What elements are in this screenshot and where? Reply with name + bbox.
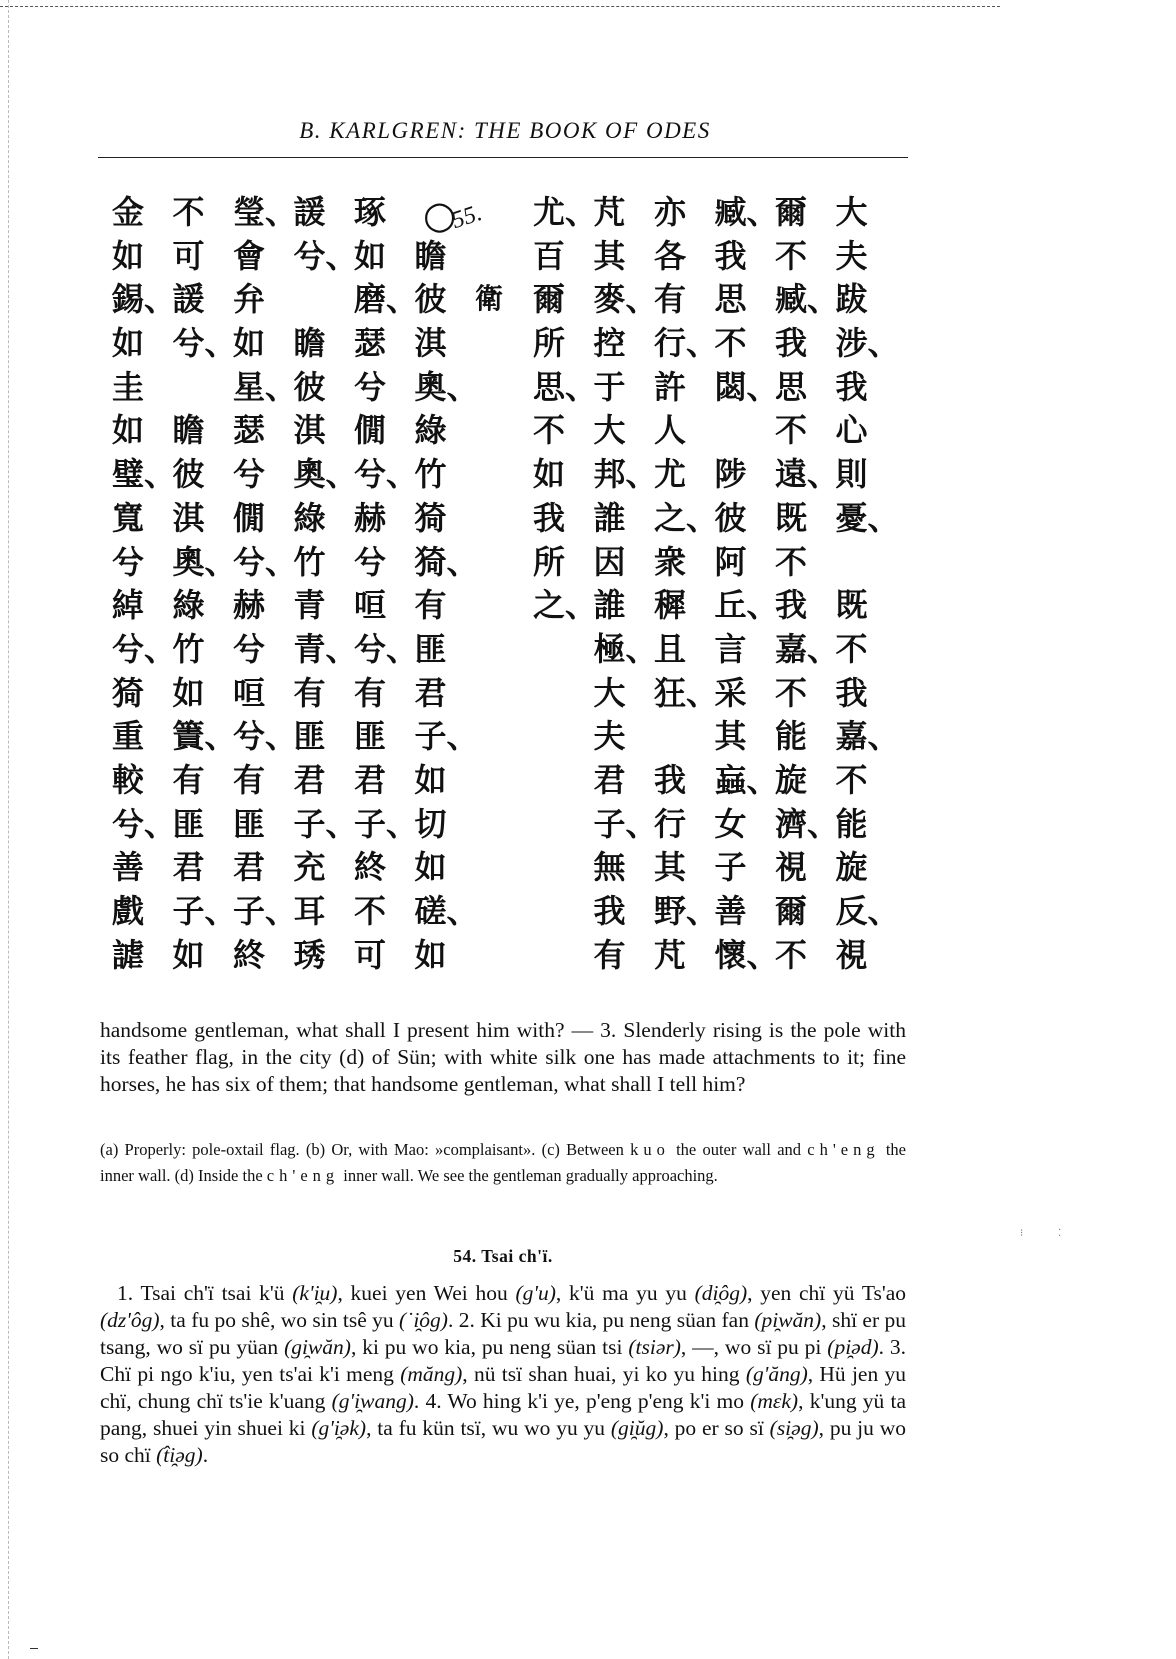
- chinese-char-cell: 能: [836, 804, 897, 848]
- reconstruction-italic: (tsiər): [628, 1335, 681, 1359]
- chinese-char-cell: [475, 585, 533, 629]
- chinese-char-cell: 猗: [415, 498, 476, 542]
- chinese-char-cell: 大: [836, 192, 897, 236]
- chinese-char-cell: 不: [715, 323, 776, 367]
- scan-edge-top: [0, 6, 1000, 7]
- reconstruction-italic: (pi̯wăn): [754, 1308, 821, 1332]
- chinese-char-cell: 綠: [173, 585, 234, 629]
- chinese-char-cell: 我: [594, 891, 655, 935]
- reconstruction-italic: (k'i̯u): [292, 1281, 337, 1305]
- chinese-char-cell: 有: [173, 760, 234, 804]
- chinese-char-cell: 如: [415, 935, 476, 979]
- chinese-char-cell: 則: [836, 454, 897, 498]
- chinese-char-cell: 衆: [654, 542, 715, 586]
- footnotes: (a) Properly: pole-oxtail flag. (b) Or, …: [100, 1137, 906, 1189]
- chinese-char-cell: 僩: [354, 410, 415, 454]
- translation-paragraph: handsome gentleman, what shall I present…: [100, 1017, 906, 1098]
- chinese-char-cell: 匪: [415, 629, 476, 673]
- chinese-char-cell: 百: [533, 236, 594, 280]
- note-term-kuo: kuo: [630, 1140, 670, 1159]
- chinese-char-cell: [475, 454, 533, 498]
- chinese-char-cell: 諼: [173, 279, 234, 323]
- chinese-char-cell: [475, 847, 533, 891]
- chinese-char-cell: 戲: [112, 891, 173, 935]
- chinese-char-cell: 較: [112, 760, 173, 804]
- chinese-char-cell: 如: [533, 454, 594, 498]
- chinese-char-cell: 懷、: [715, 935, 776, 979]
- note-term-cheng: ch'eng: [807, 1140, 879, 1159]
- chinese-char-cell: 丘、: [715, 585, 776, 629]
- chinese-char-cell: 不: [354, 891, 415, 935]
- transcription-text: 1. Tsai ch'ï tsai k'ü: [117, 1281, 292, 1305]
- chinese-char-cell: 其: [654, 847, 715, 891]
- chinese-char-cell: 璧、: [112, 454, 173, 498]
- chinese-char-cell: 兮: [233, 629, 294, 673]
- header-rule: [98, 157, 908, 158]
- margin-speck: ⁚: [1058, 1228, 1061, 1239]
- chinese-char-cell: 不: [533, 410, 594, 454]
- chinese-char-cell: 能: [775, 716, 836, 760]
- chinese-char-cell: 如: [112, 236, 173, 280]
- chinese-char-cell: 大: [594, 673, 655, 717]
- chinese-char-cell: 竹: [294, 542, 355, 586]
- chinese-char-cell: [475, 716, 533, 760]
- chinese-char-cell: 子、: [173, 891, 234, 935]
- chinese-char-cell: 兮、: [112, 629, 173, 673]
- chinese-text-grid: 金不瑩、諼琢尤、芃亦臧、爾大如可會兮、如瞻百其各我不夫錫、諼弁磨、彼衛爾麥、有思…: [112, 192, 896, 978]
- chinese-char-cell: 如: [173, 935, 234, 979]
- chinese-char-cell: [715, 410, 776, 454]
- chinese-char-cell: 竹: [415, 454, 476, 498]
- chinese-char-cell: 如: [112, 323, 173, 367]
- chinese-char-cell: 芃: [594, 192, 655, 236]
- chinese-char-cell: 如: [415, 847, 476, 891]
- chinese-char-cell: 終: [233, 935, 294, 979]
- scan-mark: [30, 1648, 38, 1649]
- reconstruction-italic: (g'ăng): [746, 1362, 808, 1386]
- chinese-char-cell: 兮: [233, 454, 294, 498]
- chinese-char-cell: 兮、: [233, 716, 294, 760]
- chinese-char-cell: [533, 891, 594, 935]
- chinese-char-cell: 綽: [112, 585, 173, 629]
- chinese-char-cell: 憂、: [836, 498, 897, 542]
- chinese-char-cell: 奧、: [294, 454, 355, 498]
- chinese-char-cell: 可: [354, 935, 415, 979]
- chinese-char-cell: 不: [775, 935, 836, 979]
- chinese-char-cell: 誰: [594, 585, 655, 629]
- chinese-char-cell: 君: [594, 760, 655, 804]
- chinese-char-cell: 瞻: [173, 410, 234, 454]
- chinese-char-cell: 不: [775, 236, 836, 280]
- chinese-char-cell: [294, 279, 355, 323]
- chinese-char-cell: 誰: [594, 498, 655, 542]
- chinese-char-cell: 圭: [112, 367, 173, 411]
- chinese-char-cell: [475, 236, 533, 280]
- chinese-char-cell: 會: [233, 236, 294, 280]
- chinese-char-cell: 野、: [654, 891, 715, 935]
- section-title: 54. Tsai ch'ï.: [100, 1246, 906, 1267]
- reconstruction-italic: (mɛk): [750, 1389, 798, 1413]
- chinese-char-cell: 匪: [173, 804, 234, 848]
- chinese-char-cell: 無: [594, 847, 655, 891]
- chinese-char-cell: 衛: [475, 279, 533, 323]
- reconstruction-italic: (˙i̯ôg): [399, 1308, 448, 1332]
- chinese-char-cell: [475, 804, 533, 848]
- chinese-char-cell: [533, 673, 594, 717]
- chinese-char-cell: 青、: [294, 629, 355, 673]
- chinese-char-cell: 兮: [354, 542, 415, 586]
- chinese-char-cell: 蝱、: [715, 760, 776, 804]
- chinese-char-cell: [533, 716, 594, 760]
- chinese-char-cell: 我: [836, 367, 897, 411]
- chinese-char-cell: 子、: [354, 804, 415, 848]
- chinese-char-cell: 各: [654, 236, 715, 280]
- chinese-char-cell: 琢: [354, 192, 415, 236]
- chinese-char-cell: 子、: [415, 716, 476, 760]
- chinese-char-cell: 亦: [654, 192, 715, 236]
- chinese-char-cell: [533, 629, 594, 673]
- chinese-char-cell: 有: [594, 935, 655, 979]
- transcription-text: , ki pu wo kia, pu neng süan tsi: [351, 1335, 628, 1359]
- chinese-char-cell: 夫: [836, 236, 897, 280]
- chinese-char-cell: 弁: [233, 279, 294, 323]
- chinese-char-cell: 兮、: [112, 804, 173, 848]
- transcription-text: . 4. Wo hing k'i ye, p'eng p'eng k'i mo: [414, 1389, 750, 1413]
- chinese-char-cell: 綠: [415, 410, 476, 454]
- chinese-char-cell: 我: [533, 498, 594, 542]
- chinese-char-cell: 爾: [775, 192, 836, 236]
- chinese-char-cell: 狂、: [654, 673, 715, 717]
- chinese-char-cell: [533, 804, 594, 848]
- chinese-char-cell: 兮、: [354, 454, 415, 498]
- reconstruction-italic: (măng): [400, 1362, 462, 1386]
- reconstruction-italic: (gi̯ŭg): [611, 1416, 664, 1440]
- scan-edge-left: [8, 0, 9, 1659]
- chinese-char-cell: [533, 760, 594, 804]
- margin-speck: ⁝: [1020, 1228, 1023, 1239]
- chinese-char-cell: 竹: [173, 629, 234, 673]
- chinese-char-cell: 所: [533, 323, 594, 367]
- chinese-char-cell: 旋: [775, 760, 836, 804]
- chinese-char-cell: 采: [715, 673, 776, 717]
- chinese-char-cell: [533, 935, 594, 979]
- chinese-char-cell: 彼: [715, 498, 776, 542]
- chinese-char-cell: 奧、: [415, 367, 476, 411]
- reconstruction-italic: (pi̯əd): [827, 1335, 878, 1359]
- chinese-char-cell: 跋: [836, 279, 897, 323]
- chinese-char-cell: 彼: [415, 279, 476, 323]
- chinese-char-cell: 咺: [354, 585, 415, 629]
- chinese-char-cell: 赫: [233, 585, 294, 629]
- chinese-char-cell: 穉: [654, 585, 715, 629]
- chinese-char-cell: 行、: [654, 323, 715, 367]
- chinese-char-cell: 其: [715, 716, 776, 760]
- chinese-char-cell: 彼: [173, 454, 234, 498]
- chinese-char-cell: 大: [594, 410, 655, 454]
- note-text: inner wall. We see the gentleman gradual…: [339, 1166, 718, 1185]
- chinese-char-cell: 君: [233, 847, 294, 891]
- chinese-char-cell: 阿: [715, 542, 776, 586]
- reconstruction-italic: (si̯əg): [770, 1416, 819, 1440]
- chinese-char-cell: 瑟: [354, 323, 415, 367]
- chinese-char-cell: [475, 935, 533, 979]
- chinese-char-cell: 如: [112, 410, 173, 454]
- transcription-text: . 2. Ki pu wu kia, pu neng süan fan: [448, 1308, 754, 1332]
- chinese-char-cell: 爾: [775, 891, 836, 935]
- chinese-char-cell: 君: [415, 673, 476, 717]
- chinese-char-cell: 不: [775, 673, 836, 717]
- chinese-char-cell: [836, 542, 897, 586]
- chinese-char-cell: 嘉、: [836, 716, 897, 760]
- chinese-char-cell: 子、: [233, 891, 294, 935]
- reconstruction-italic: (gi̯wăn): [284, 1335, 351, 1359]
- chinese-char-cell: 許: [654, 367, 715, 411]
- chinese-char-cell: 不: [836, 760, 897, 804]
- chinese-char-cell: 諼: [294, 192, 355, 236]
- chinese-char-cell: 兮、: [173, 323, 234, 367]
- chinese-char-cell: 控: [594, 323, 655, 367]
- chinese-char-cell: 有: [354, 673, 415, 717]
- chinese-char-cell: 不: [836, 629, 897, 673]
- chinese-char-cell: 金: [112, 192, 173, 236]
- running-head: B. KARLGREN: THE BOOK OF ODES: [100, 118, 910, 144]
- reconstruction-italic: (g'i̯ək): [311, 1416, 366, 1440]
- chinese-char-cell: 閟、: [715, 367, 776, 411]
- chinese-char-cell: 既: [775, 498, 836, 542]
- chinese-char-cell: 謔: [112, 935, 173, 979]
- chinese-char-cell: 我: [715, 236, 776, 280]
- chinese-char-cell: 所: [533, 542, 594, 586]
- chinese-char-cell: 不: [775, 542, 836, 586]
- chinese-char-cell: 僩: [233, 498, 294, 542]
- chinese-char-cell: 有: [233, 760, 294, 804]
- transcription-text: , nü tsï shan huai, yi ko yu hing: [462, 1362, 746, 1386]
- chinese-char-cell: 瑩、: [233, 192, 294, 236]
- chinese-char-cell: 臧、: [775, 279, 836, 323]
- chinese-char-cell: 兮、: [233, 542, 294, 586]
- chinese-char-cell: 之、: [654, 498, 715, 542]
- chinese-char-cell: 有: [294, 673, 355, 717]
- note-term-cheng: ch'eng: [267, 1166, 339, 1185]
- chinese-char-cell: 因: [594, 542, 655, 586]
- chinese-char-cell: 琇: [294, 935, 355, 979]
- chinese-char-cell: [475, 760, 533, 804]
- chinese-char-cell: 濟、: [775, 804, 836, 848]
- chinese-char-cell: 遠、: [775, 454, 836, 498]
- chinese-char-cell: [475, 629, 533, 673]
- chinese-char-cell: 終: [354, 847, 415, 891]
- chinese-char-cell: 君: [354, 760, 415, 804]
- chinese-char-cell: [173, 367, 234, 411]
- chinese-char-cell: 錫、: [112, 279, 173, 323]
- chinese-char-cell: [475, 891, 533, 935]
- chinese-char-cell: 且: [654, 629, 715, 673]
- chinese-char-cell: 青: [294, 585, 355, 629]
- chinese-char-cell: 我: [836, 673, 897, 717]
- chinese-char-cell: 言: [715, 629, 776, 673]
- chinese-char-cell: 視: [836, 935, 897, 979]
- transcription-text: , yen chï yü Ts'ao: [747, 1281, 906, 1305]
- chinese-char-cell: 重: [112, 716, 173, 760]
- chinese-char-cell: 兮、: [294, 236, 355, 280]
- chinese-char-cell: 善: [112, 847, 173, 891]
- chinese-char-cell: 猗: [112, 673, 173, 717]
- chinese-char-cell: [475, 410, 533, 454]
- chinese-char-cell: 如: [415, 760, 476, 804]
- chinese-char-cell: 磨、: [354, 279, 415, 323]
- chinese-char-cell: 寬: [112, 498, 173, 542]
- chinese-char-cell: 既: [836, 585, 897, 629]
- transcription-text: , —, wo sï pu pi: [681, 1335, 827, 1359]
- chinese-char-cell: 綠: [294, 498, 355, 542]
- chinese-char-cell: 子、: [294, 804, 355, 848]
- chinese-char-cell: 其: [594, 236, 655, 280]
- chinese-char-cell: [654, 716, 715, 760]
- transcription-text: , k'ü ma yu yu: [556, 1281, 695, 1305]
- chinese-char-cell: 邦、: [594, 454, 655, 498]
- chinese-char-cell: 我: [775, 585, 836, 629]
- chinese-char-cell: 旋: [836, 847, 897, 891]
- chinese-char-cell: 芃: [654, 935, 715, 979]
- chinese-char-cell: 兮、: [354, 629, 415, 673]
- transcription-text: , kuei yen Wei hou: [337, 1281, 515, 1305]
- chinese-char-cell: 反、: [836, 891, 897, 935]
- chinese-char-cell: [475, 498, 533, 542]
- chinese-char-cell: 淇: [415, 323, 476, 367]
- chinese-char-cell: 子: [715, 847, 776, 891]
- chinese-char-cell: 淇: [294, 410, 355, 454]
- chinese-char-cell: 行: [654, 804, 715, 848]
- chinese-char-cell: 充: [294, 847, 355, 891]
- note-text: the outer wall and: [670, 1140, 807, 1159]
- chinese-char-cell: 瑟: [233, 410, 294, 454]
- chinese-char-cell: 思: [775, 367, 836, 411]
- chinese-char-cell: 女: [715, 804, 776, 848]
- chinese-char-cell: 君: [173, 847, 234, 891]
- chinese-char-cell: 瞻: [294, 323, 355, 367]
- chinese-char-cell: 如: [354, 236, 415, 280]
- chinese-char-cell: 匪: [354, 716, 415, 760]
- transcription-text: , ta fu po shê, wo sin tsê yu: [160, 1308, 399, 1332]
- chinese-char-cell: 麥、: [594, 279, 655, 323]
- chinese-char-cell: 我: [654, 760, 715, 804]
- chinese-char-cell: 善: [715, 891, 776, 935]
- chinese-char-cell: 不: [173, 192, 234, 236]
- chinese-char-cell: 君: [294, 760, 355, 804]
- chinese-char-cell: 星、: [233, 367, 294, 411]
- chinese-char-cell: 彼: [294, 367, 355, 411]
- chinese-char-cell: 如: [233, 323, 294, 367]
- reconstruction-italic: (t̂i̯əg): [156, 1443, 203, 1467]
- chinese-char-cell: 陟: [715, 454, 776, 498]
- chinese-char-cell: 咺: [233, 673, 294, 717]
- chinese-char-cell: 嘉、: [775, 629, 836, 673]
- chinese-char-cell: 奧、: [173, 542, 234, 586]
- chinese-char-cell: 赫: [354, 498, 415, 542]
- chinese-char-cell: 如: [173, 673, 234, 717]
- transcription-text: .: [203, 1443, 208, 1467]
- reconstruction-italic: (di̯ôg): [695, 1281, 748, 1305]
- chinese-char-cell: 臧、: [715, 192, 776, 236]
- ode-54-transcription: 1. Tsai ch'ï tsai k'ü (k'i̯u), kuei yen …: [100, 1280, 906, 1469]
- reconstruction-italic: (dz'ôg): [100, 1308, 160, 1332]
- chinese-char-cell: [475, 323, 533, 367]
- chinese-char-cell: 極、: [594, 629, 655, 673]
- chinese-char-cell: 涉、: [836, 323, 897, 367]
- chinese-char-cell: 瞻: [415, 236, 476, 280]
- chinese-char-cell: 尤: [654, 454, 715, 498]
- chinese-char-cell: 可: [173, 236, 234, 280]
- chinese-char-cell: 于: [594, 367, 655, 411]
- chinese-char-cell: 我: [775, 323, 836, 367]
- chinese-char-cell: [533, 847, 594, 891]
- transcription-text: , po er so sï: [663, 1416, 769, 1440]
- chinese-char-cell: 淇: [173, 498, 234, 542]
- chinese-char-cell: 匪: [294, 716, 355, 760]
- chinese-char-cell: 之、: [533, 585, 594, 629]
- chinese-char-cell: 爾: [533, 279, 594, 323]
- chinese-char-cell: 視: [775, 847, 836, 891]
- chinese-char-cell: 兮: [354, 367, 415, 411]
- chinese-char-cell: 磋、: [415, 891, 476, 935]
- chinese-char-cell: 尤、: [533, 192, 594, 236]
- chinese-char-cell: [475, 673, 533, 717]
- chinese-char-cell: 切: [415, 804, 476, 848]
- chinese-char-cell: 不: [775, 410, 836, 454]
- chinese-char-cell: 夫: [594, 716, 655, 760]
- chinese-char-cell: [475, 367, 533, 411]
- chinese-char-cell: 人: [654, 410, 715, 454]
- chinese-char-cell: 耳: [294, 891, 355, 935]
- transcription-text: , ta fu kün tsï, wu wo yu yu: [366, 1416, 611, 1440]
- reconstruction-italic: (g'i̯wang): [332, 1389, 414, 1413]
- chinese-char-cell: 猗、: [415, 542, 476, 586]
- chinese-char-cell: 思: [715, 279, 776, 323]
- chinese-char-cell: 子、: [594, 804, 655, 848]
- chinese-char-cell: [475, 192, 533, 236]
- reconstruction-italic: (g'u): [515, 1281, 555, 1305]
- chinese-char-cell: [475, 542, 533, 586]
- chinese-char-cell: 有: [415, 585, 476, 629]
- chinese-char-cell: 心: [836, 410, 897, 454]
- chinese-char-cell: 有: [654, 279, 715, 323]
- note-text: (a) Properly: pole-oxtail flag. (b) Or, …: [100, 1140, 624, 1159]
- chinese-char-cell: 思、: [533, 367, 594, 411]
- chinese-char-cell: 兮: [112, 542, 173, 586]
- chinese-char-cell: 匪: [233, 804, 294, 848]
- chinese-char-cell: 簀、: [173, 716, 234, 760]
